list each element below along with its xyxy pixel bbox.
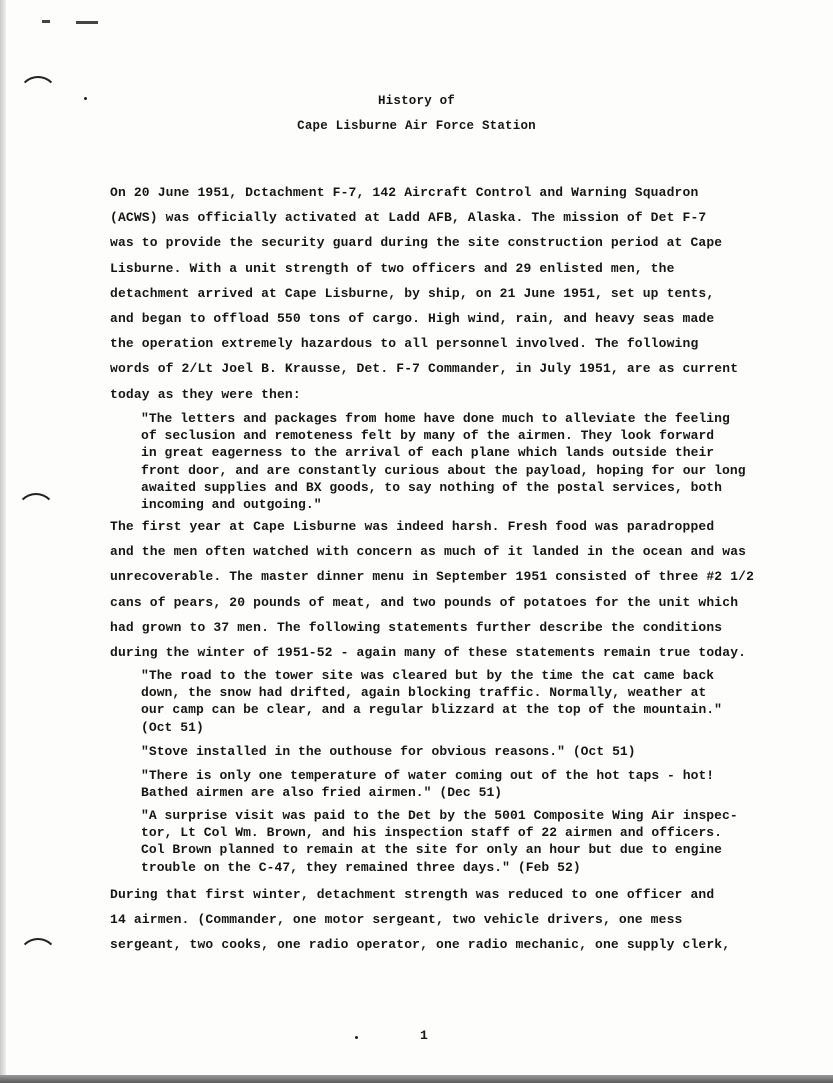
quote-1: "The letters and packages from home have… (141, 410, 791, 513)
paragraph-1: On 20 June 1951, Dctachment F-7, 142 Air… (110, 180, 770, 407)
quote-5: "A surprise visit was paid to the Det by… (141, 807, 791, 876)
title-line-2: Cape Lisburne Air Force Station (0, 119, 833, 133)
quote-4: "There is only one temperature of water … (141, 767, 791, 801)
speck (355, 1036, 358, 1039)
scan-mark (76, 21, 98, 24)
title-line-1: History of (0, 94, 833, 108)
paragraph-2: The first year at Cape Lisburne was inde… (110, 514, 770, 665)
punch-hole-arc-icon (16, 493, 56, 533)
scan-mark (42, 20, 50, 23)
quote-3: "Stove installed in the outhouse for obv… (141, 743, 791, 760)
page-number: 1 (420, 1028, 428, 1043)
punch-hole-arc-icon (18, 938, 58, 978)
paragraph-3: During that first winter, detachment str… (110, 882, 770, 958)
scanned-page: History of Cape Lisburne Air Force Stati… (0, 0, 833, 1083)
scan-bottom-edge (0, 1075, 833, 1083)
quote-2: "The road to the tower site was cleared … (141, 667, 791, 736)
scan-left-edge (0, 0, 6, 1075)
